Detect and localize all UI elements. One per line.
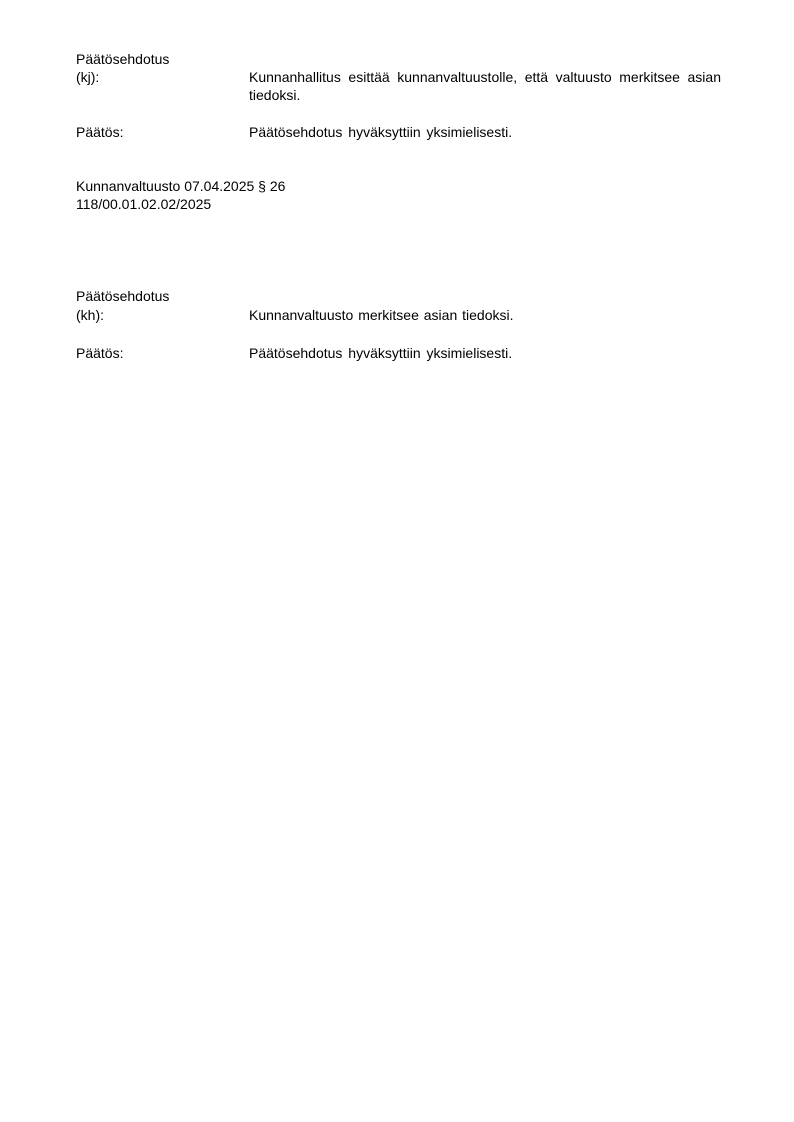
proposal-text-kh: Kunnanvaltuusto merkitsee asian tiedoksi…	[249, 306, 513, 324]
proposal-label-kj-line1: Päätösehdotus	[76, 50, 169, 68]
proposal-label-kh-line2: (kh):	[76, 306, 104, 324]
decision-label-2: Päätös:	[76, 344, 123, 362]
proposal-label-kj-line2: (kj):	[76, 68, 99, 86]
proposal-text-kj: Kunnanhallitus esittää kunnanvaltuustoll…	[249, 68, 721, 104]
decision-text-1: Päätösehdotus hyväksyttiin yksimielisest…	[249, 123, 512, 141]
record-number: 118/00.01.02.02/2025	[76, 195, 211, 213]
proposal-label-kh-line1: Päätösehdotus	[76, 287, 169, 305]
decision-label-1: Päätös:	[76, 123, 123, 141]
decision-text-2: Päätösehdotus hyväksyttiin yksimielisest…	[249, 344, 512, 362]
meeting-header: Kunnanvaltuusto 07.04.2025 § 26	[76, 177, 285, 195]
